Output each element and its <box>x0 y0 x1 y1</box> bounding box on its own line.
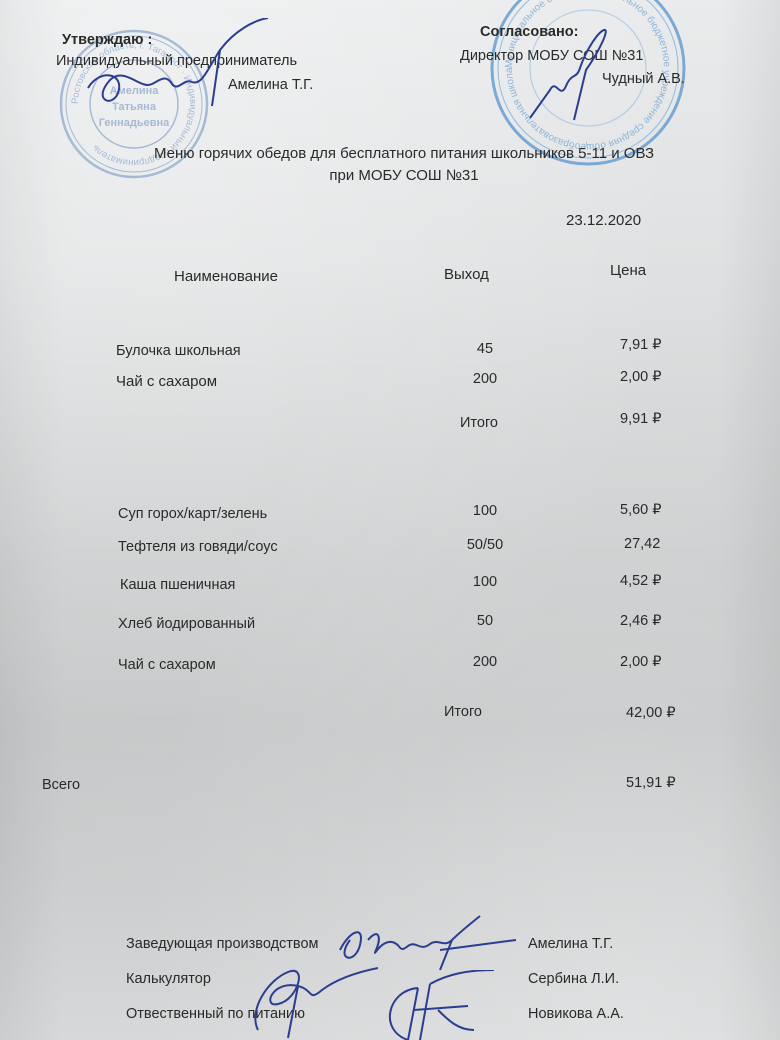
item-price: 4,52 ₽ <box>620 573 661 589</box>
approval-left-position: Индивидуальный предприниматель <box>56 53 297 69</box>
item-name: Хлеб йодированный <box>118 616 255 632</box>
item-price: 27,42 <box>624 536 660 552</box>
approval-right-position: Директор МОБУ СОШ №31 <box>460 48 643 64</box>
item-price: 2,00 ₽ <box>620 369 661 385</box>
subtotal-value: 9,91 ₽ <box>620 411 661 427</box>
menu-title-line1: Меню горячих обедов для бесплатного пита… <box>0 145 780 162</box>
grand-total-label: Всего <box>42 777 80 793</box>
item-price: 2,00 ₽ <box>620 654 661 670</box>
item-name: Каша пшеничная <box>120 577 235 593</box>
item-output: 50 <box>466 613 504 629</box>
signature-name: Новикова А.А. <box>528 1006 624 1022</box>
subtotal-label: Итого <box>460 415 498 431</box>
signature-name: Амелина Т.Г. <box>528 936 613 952</box>
approval-left-name: Амелина Т.Г. <box>228 77 313 93</box>
item-output: 45 <box>470 341 500 357</box>
item-output: 100 <box>466 574 504 590</box>
item-name: Тефтеля из говяди/соус <box>118 539 278 555</box>
item-price: 5,60 ₽ <box>620 502 661 518</box>
column-header-output: Выход <box>444 266 489 283</box>
subtotal-label: Итого <box>444 704 482 720</box>
approval-right-name: Чудный А.В. <box>602 71 685 87</box>
approval-left-heading: Утверждаю : <box>62 32 152 48</box>
menu-title-line2: при МОБУ СОШ №31 <box>0 167 780 184</box>
svg-text:Татьяна: Татьяна <box>112 101 157 113</box>
item-price: 7,91 ₽ <box>620 337 661 353</box>
svg-text:Амелина: Амелина <box>110 85 160 97</box>
signature-role: Калькулятор <box>126 971 211 987</box>
item-output: 50/50 <box>460 537 510 553</box>
item-output: 200 <box>466 371 504 387</box>
column-header-price: Цена <box>610 262 646 279</box>
menu-date: 23.12.2020 <box>566 212 641 229</box>
svg-text:Геннадьевна: Геннадьевна <box>99 117 170 129</box>
grand-total-value: 51,91 ₽ <box>626 775 676 791</box>
subtotal-value: 42,00 ₽ <box>626 705 676 721</box>
item-name: Суп горох/карт/зелень <box>118 506 267 522</box>
signature-role: Отвественный по питанию <box>126 1006 305 1022</box>
signature-role: Заведующая производством <box>126 936 319 952</box>
item-output: 100 <box>466 503 504 519</box>
item-name: Чай с сахаром <box>118 657 216 673</box>
item-name: Булочка школьная <box>116 343 241 359</box>
item-output: 200 <box>466 654 504 670</box>
column-header-name: Наименование <box>174 268 278 285</box>
item-name: Чай с сахаром <box>116 373 217 390</box>
approval-right-heading: Согласовано: <box>480 24 578 40</box>
signature-name: Сербина Л.И. <box>528 971 619 987</box>
item-price: 2,46 ₽ <box>620 613 661 629</box>
